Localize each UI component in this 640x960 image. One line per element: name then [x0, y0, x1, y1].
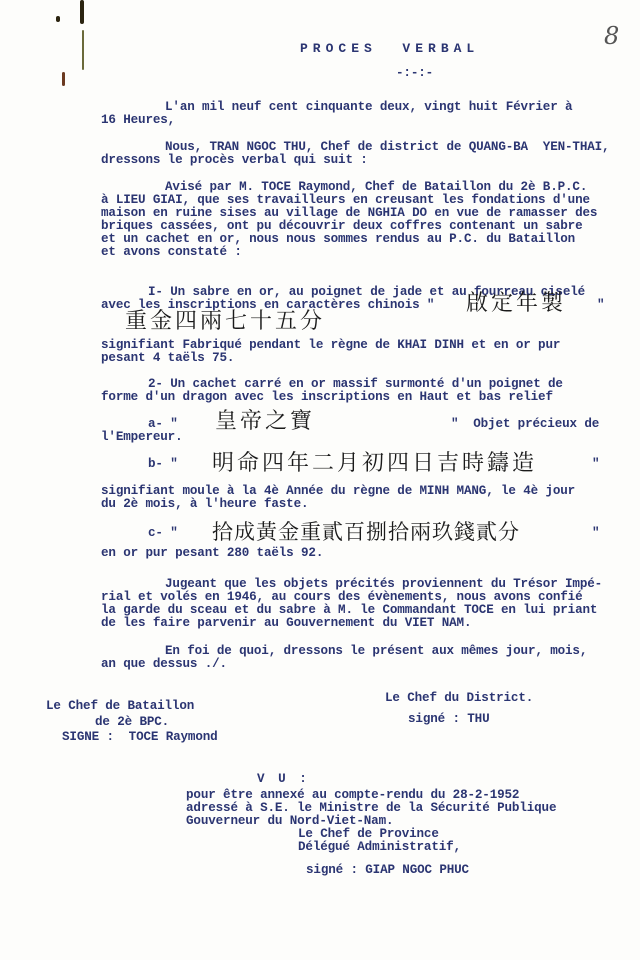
- item2-line: forme d'un dragon avec les inscriptions …: [101, 391, 553, 404]
- signature-left-title: Le Chef de Bataillon: [46, 700, 194, 713]
- margin-stain: [82, 30, 84, 70]
- cjk-inscription-seal: 皇帝之寶: [215, 410, 315, 434]
- signature-left-signed: SIGNE : TOCE Raymond: [62, 731, 218, 744]
- close-quote: ": [592, 527, 599, 540]
- signature-right-signed: signé : THU: [408, 713, 489, 726]
- margin-stain: [56, 16, 60, 22]
- vu-signed: signé : GIAP NGOC PHUC: [306, 864, 469, 877]
- paragraph-line: En foi de quoi, dressons le présent aux …: [165, 645, 587, 658]
- margin-stain: [62, 72, 65, 86]
- signature-right-title: Le Chef du District.: [385, 692, 533, 705]
- paragraph-line: et avons constaté :: [101, 246, 242, 259]
- intro-line: L'an mil neuf cent cinquante deux, vingt…: [165, 101, 572, 114]
- margin-stain: [80, 0, 84, 24]
- intro-line: 16 Heures,: [101, 114, 175, 127]
- document-title: PROCES VERBAL: [300, 42, 479, 55]
- item2b-label: b- ": [148, 458, 178, 471]
- title-separator: -:-:-: [396, 67, 433, 80]
- vu-heading: V U :: [257, 773, 310, 786]
- paragraph-line: dressons le procès verbal qui suit :: [101, 154, 368, 167]
- cjk-inscription-khai-dinh: 啟定年製: [466, 292, 566, 316]
- item2a-meaning-cont: l'Empereur.: [101, 431, 182, 444]
- document-page: PROCES VERBAL -:-:- 8 L'an mil neuf cent…: [0, 0, 640, 960]
- cjk-inscription-minh-mang: 明命四年二月初四日吉時鑄造: [212, 452, 537, 476]
- vu-signer-role: Délégué Administratif,: [298, 841, 461, 854]
- item2a-meaning: " Objet précieux de: [451, 418, 599, 431]
- folio-number: 8: [604, 22, 619, 50]
- signature-left-unit: de 2è BPC.: [95, 716, 169, 729]
- paragraph-line: de les faire parvenir au Gouvernement du…: [101, 617, 471, 630]
- item2b-meaning: du 2è mois, à l'heure faste.: [101, 498, 308, 511]
- close-quote: ": [592, 458, 599, 471]
- cjk-inscription-weight: 重金四兩七十五分: [125, 310, 325, 334]
- item2c-label: c- ": [148, 527, 178, 540]
- cjk-inscription-weight-gold: 拾成黃金重貳百捌拾兩玖錢貳分: [212, 520, 520, 544]
- close-quote: ": [597, 299, 604, 312]
- item2c-meaning: en or pur pesant 280 taëls 92.: [101, 547, 323, 560]
- item1-meaning: pesant 4 taëls 75.: [101, 352, 234, 365]
- paragraph-line: an que dessus ./.: [101, 658, 227, 671]
